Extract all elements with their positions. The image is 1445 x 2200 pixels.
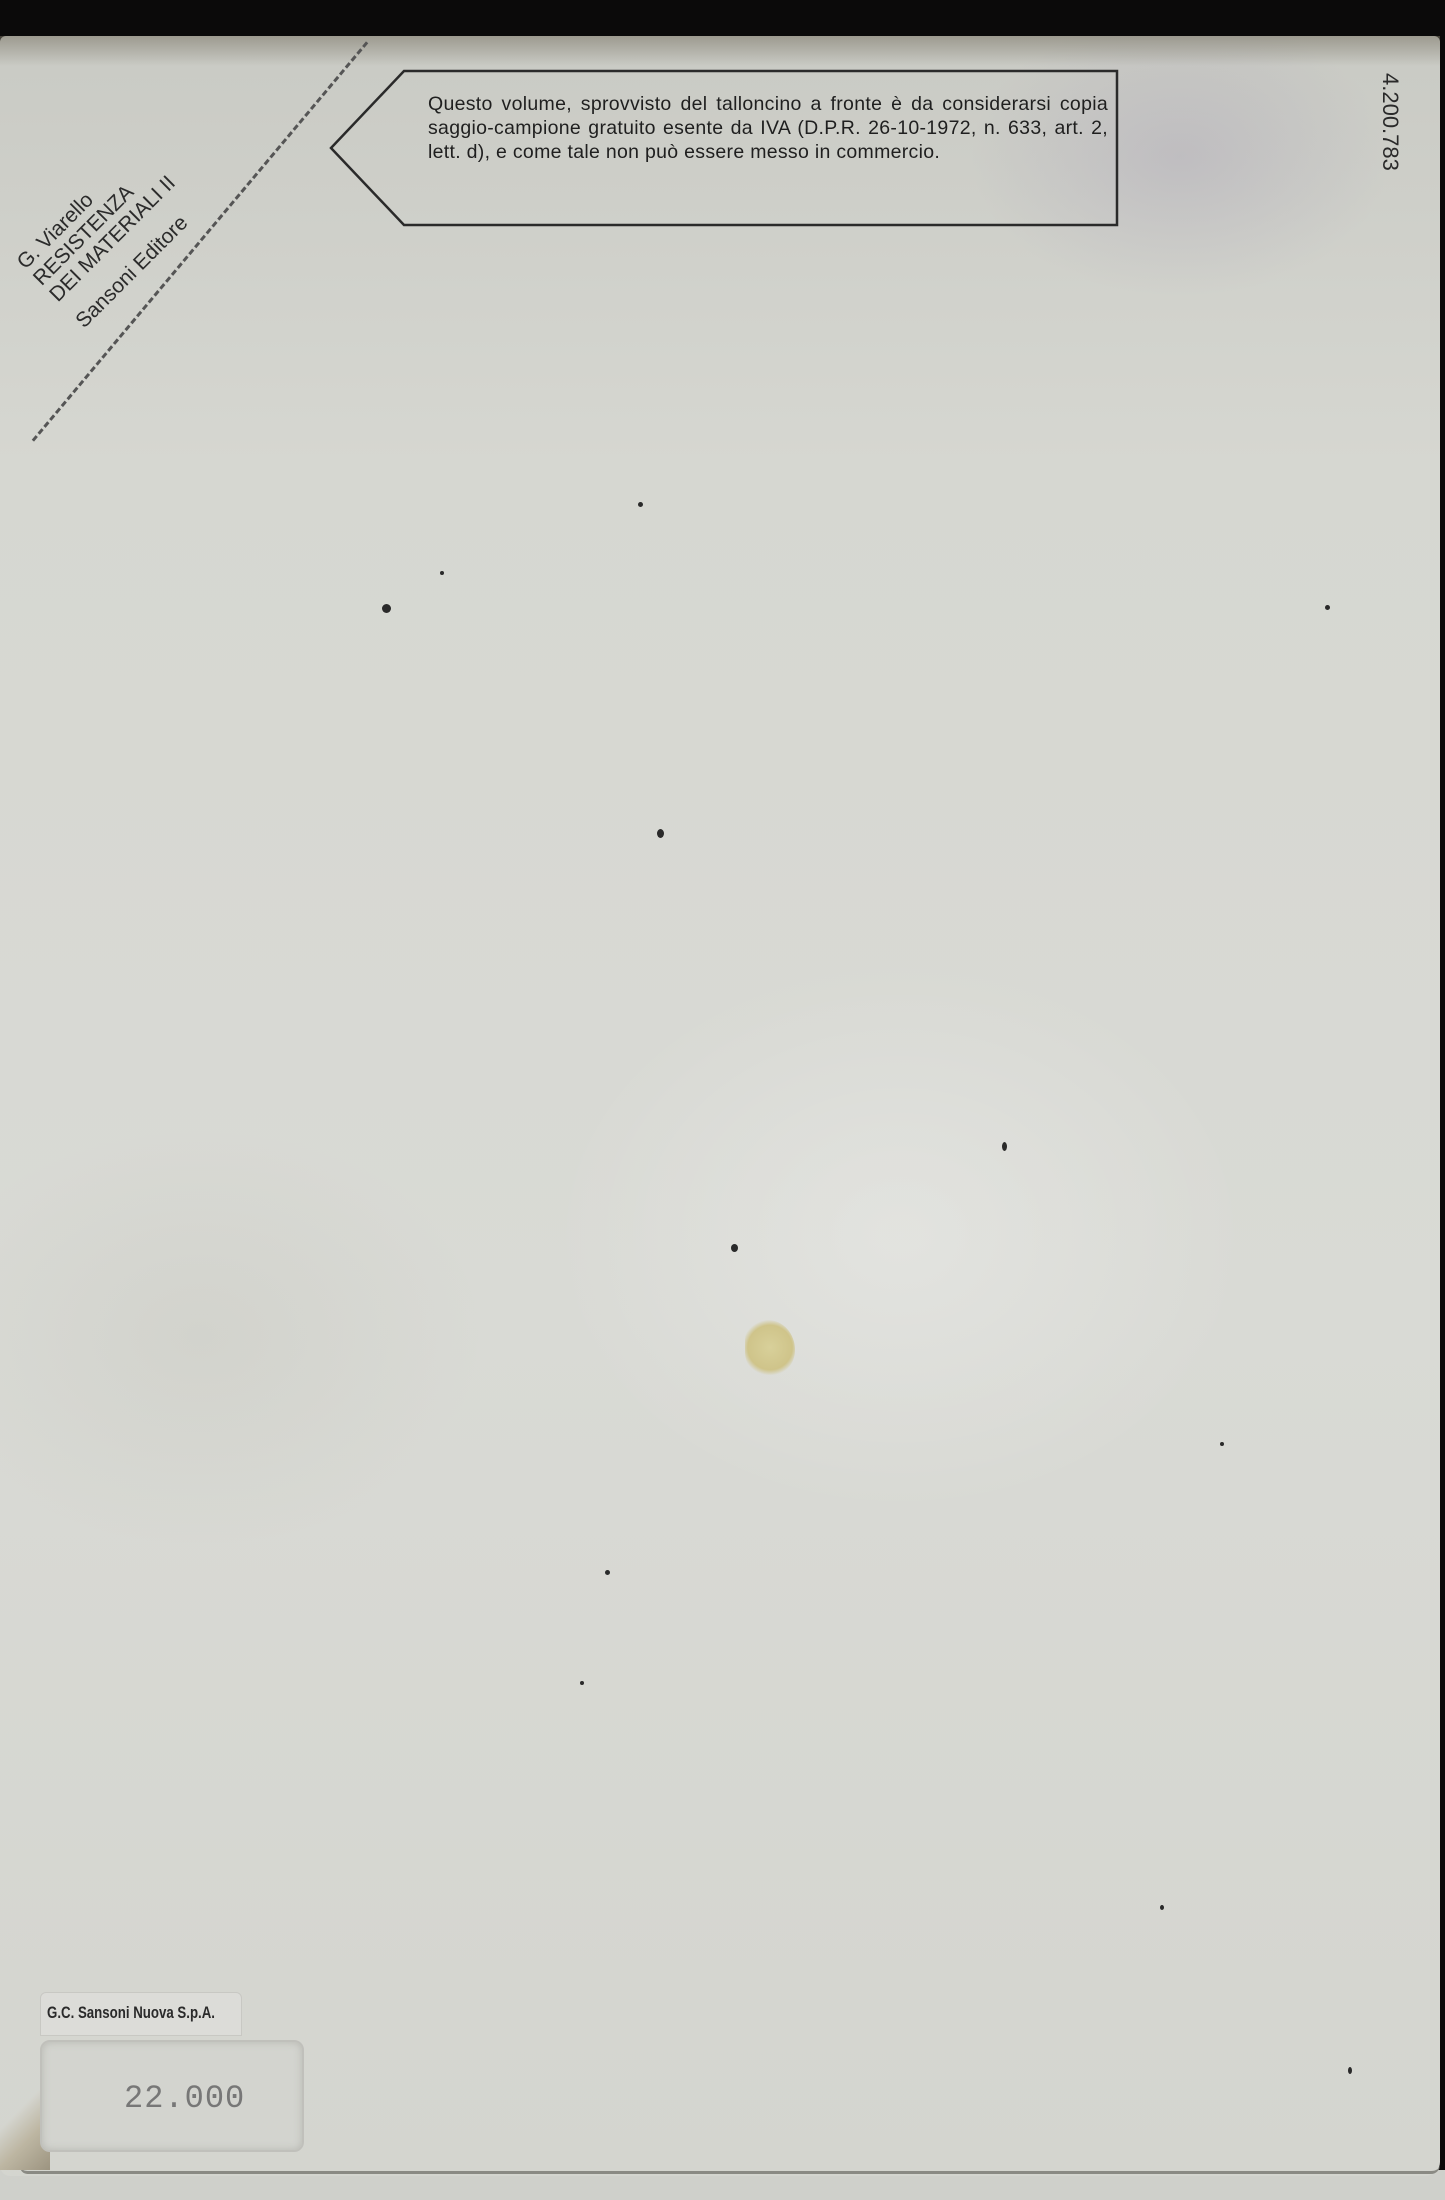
- spot-mark: [1002, 1142, 1007, 1151]
- notice-text: Questo volume, sprovvisto del talloncino…: [428, 92, 1108, 164]
- spot-mark: [657, 829, 664, 838]
- spot-mark: [1160, 1905, 1164, 1910]
- cover-bottom-edge: [20, 2165, 1440, 2174]
- publisher-sticker-text: G.C. Sansoni Nuova S.p.A.: [47, 2003, 215, 2023]
- price-text: 22.000: [124, 2080, 245, 2117]
- cover-top-edge-wear: [0, 36, 1440, 66]
- spot-mark: [638, 502, 643, 507]
- spot-mark: [580, 1681, 584, 1685]
- spot-mark: [1220, 1442, 1224, 1446]
- price-sticker: 22.000: [40, 2040, 304, 2152]
- publisher-sticker: G.C. Sansoni Nuova S.p.A.: [40, 1992, 242, 2036]
- book-back-cover: [0, 36, 1440, 2176]
- spot-mark: [440, 571, 444, 575]
- spot-mark: [731, 1244, 738, 1252]
- catalog-number: 4.200.783: [1377, 73, 1403, 193]
- spot-mark: [605, 1570, 610, 1575]
- spot-mark: [1348, 2067, 1352, 2074]
- spot-mark: [1325, 605, 1330, 610]
- sample-copy-notice: Questo volume, sprovvisto del talloncino…: [328, 68, 1120, 228]
- spot-mark: [382, 604, 391, 613]
